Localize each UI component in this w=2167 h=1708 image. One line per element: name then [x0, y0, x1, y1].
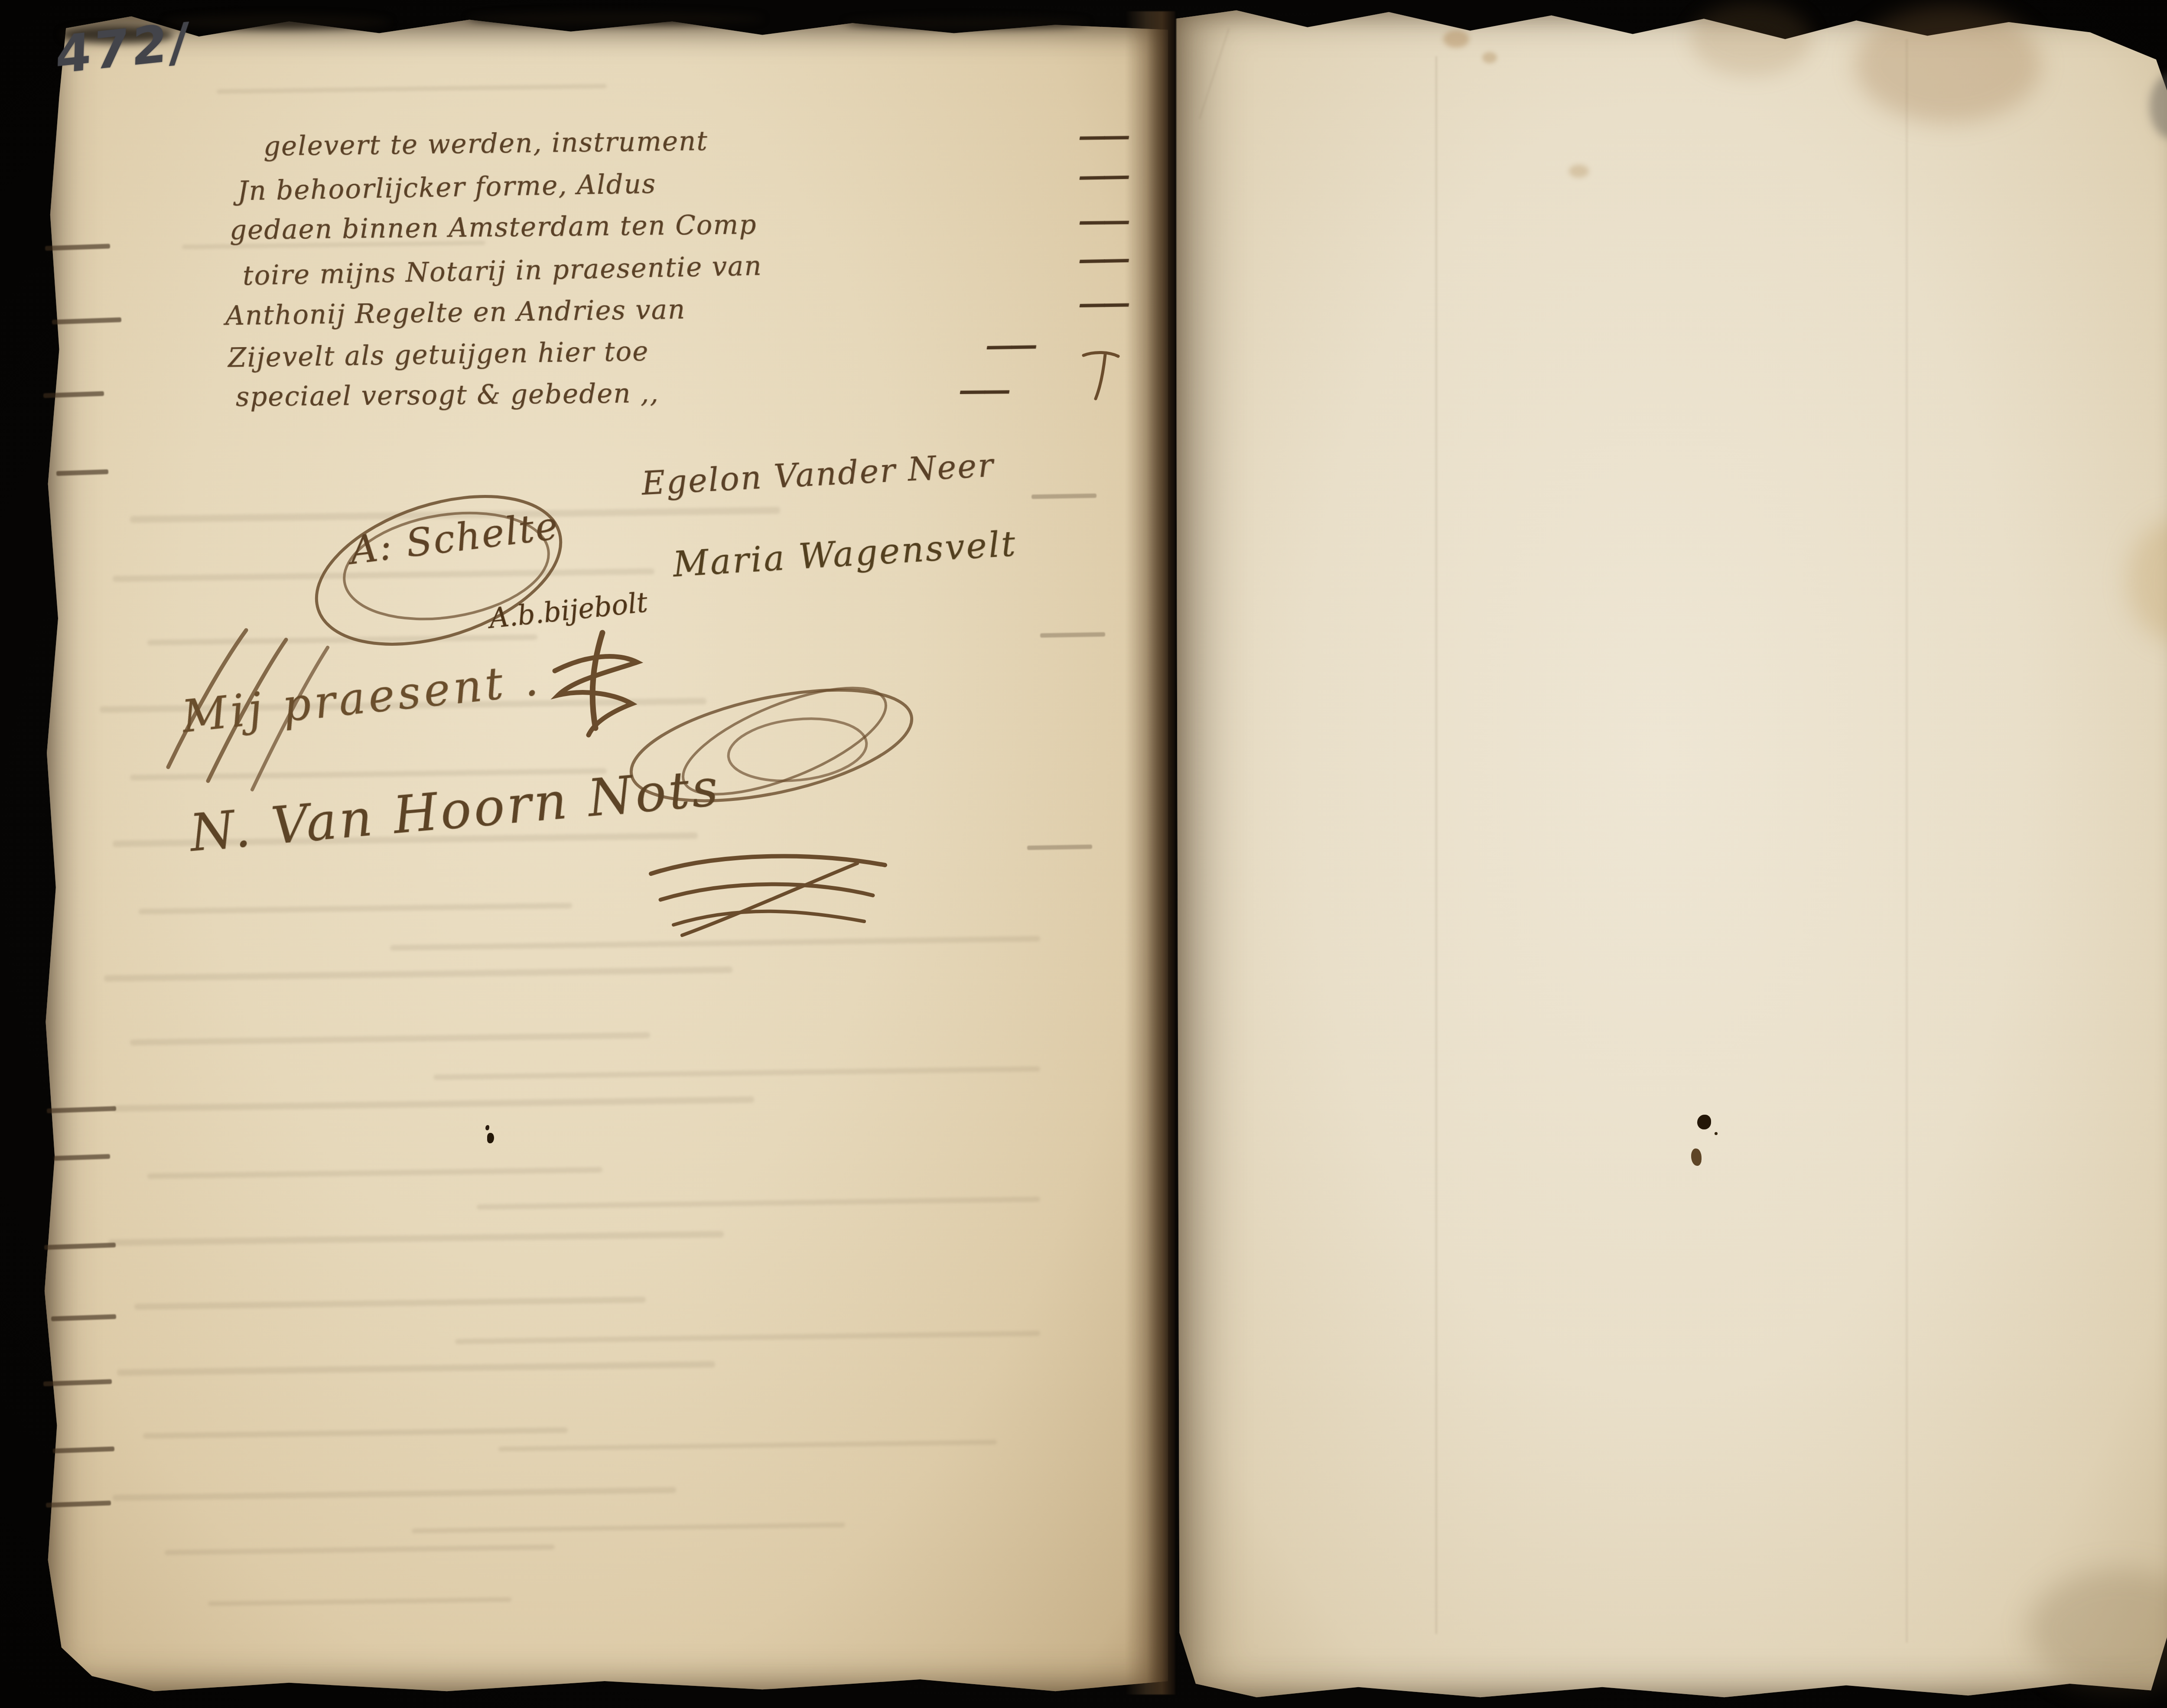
- ink-blot: [1715, 1132, 1718, 1135]
- line-end-dash: ——: [1078, 119, 1127, 152]
- body-line-text: toire mijns Notarij in praesentie van: [242, 251, 762, 291]
- body-line-text: gedaen binnen Amsterdam ten Comp: [230, 209, 757, 246]
- torn-edge-shadow: [468, 12, 763, 25]
- body-line-text: Zijevelt als getuijgen hier toe: [228, 336, 649, 373]
- body-line-text: speciael versogt & gebeden ,,: [236, 378, 659, 413]
- book-gutter: [1125, 11, 1176, 1695]
- ink-blot: [1691, 1148, 1702, 1166]
- line-end-dash: ——: [1078, 204, 1127, 237]
- line-end-dash: ——: [1078, 286, 1127, 320]
- paper-crease: [1906, 39, 1907, 1643]
- body-line-text: Jn behoorlijcker forme, Aldus: [237, 169, 656, 207]
- body-line: speciael versogt & gebeden ,, ——: [225, 374, 1008, 423]
- archival-manuscript-scan: 472/ gelevert te werden, instrument —— J…: [0, 0, 2167, 1708]
- body-line-text: gelevert te werden, instrument: [264, 126, 709, 162]
- line-end-dash: ——: [1078, 159, 1127, 192]
- body-text-block: gelevert te werden, instrument —— Jn beh…: [225, 125, 1127, 419]
- body-line-text: Anthonij Regelte en Andries van: [225, 294, 686, 332]
- line-end-dash: ——: [959, 374, 1008, 407]
- ink-blot: [1697, 1115, 1711, 1129]
- line-end-dash: ——: [985, 329, 1034, 362]
- line-end-dash: ——: [1078, 242, 1127, 276]
- notary-paraph-flourish: [646, 846, 897, 946]
- right-page: [1175, 5, 2167, 1701]
- paper-crease: [1435, 56, 1437, 1634]
